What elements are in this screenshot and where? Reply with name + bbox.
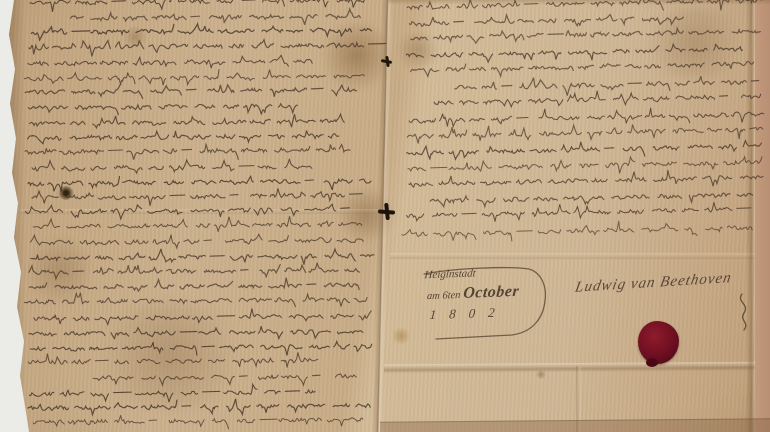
- date-line: am 6ten October: [413, 282, 564, 303]
- date-block: Heiglnstadt am 6ten October 1802: [411, 265, 564, 321]
- letter-paper: Heiglnstadt am 6ten October 1802 Ludwig …: [0, 0, 770, 432]
- letter-photo: Heiglnstadt am 6ten October 1802 Ludwig …: [0, 0, 770, 432]
- handwriting-body-text: [0, 0, 770, 432]
- date-month: October: [463, 283, 520, 302]
- handwriting-left-page: [24, 0, 386, 429]
- handwriting-right-page: [402, 0, 764, 241]
- date-day: am 6ten: [427, 290, 461, 302]
- signature-flourish: [728, 290, 752, 336]
